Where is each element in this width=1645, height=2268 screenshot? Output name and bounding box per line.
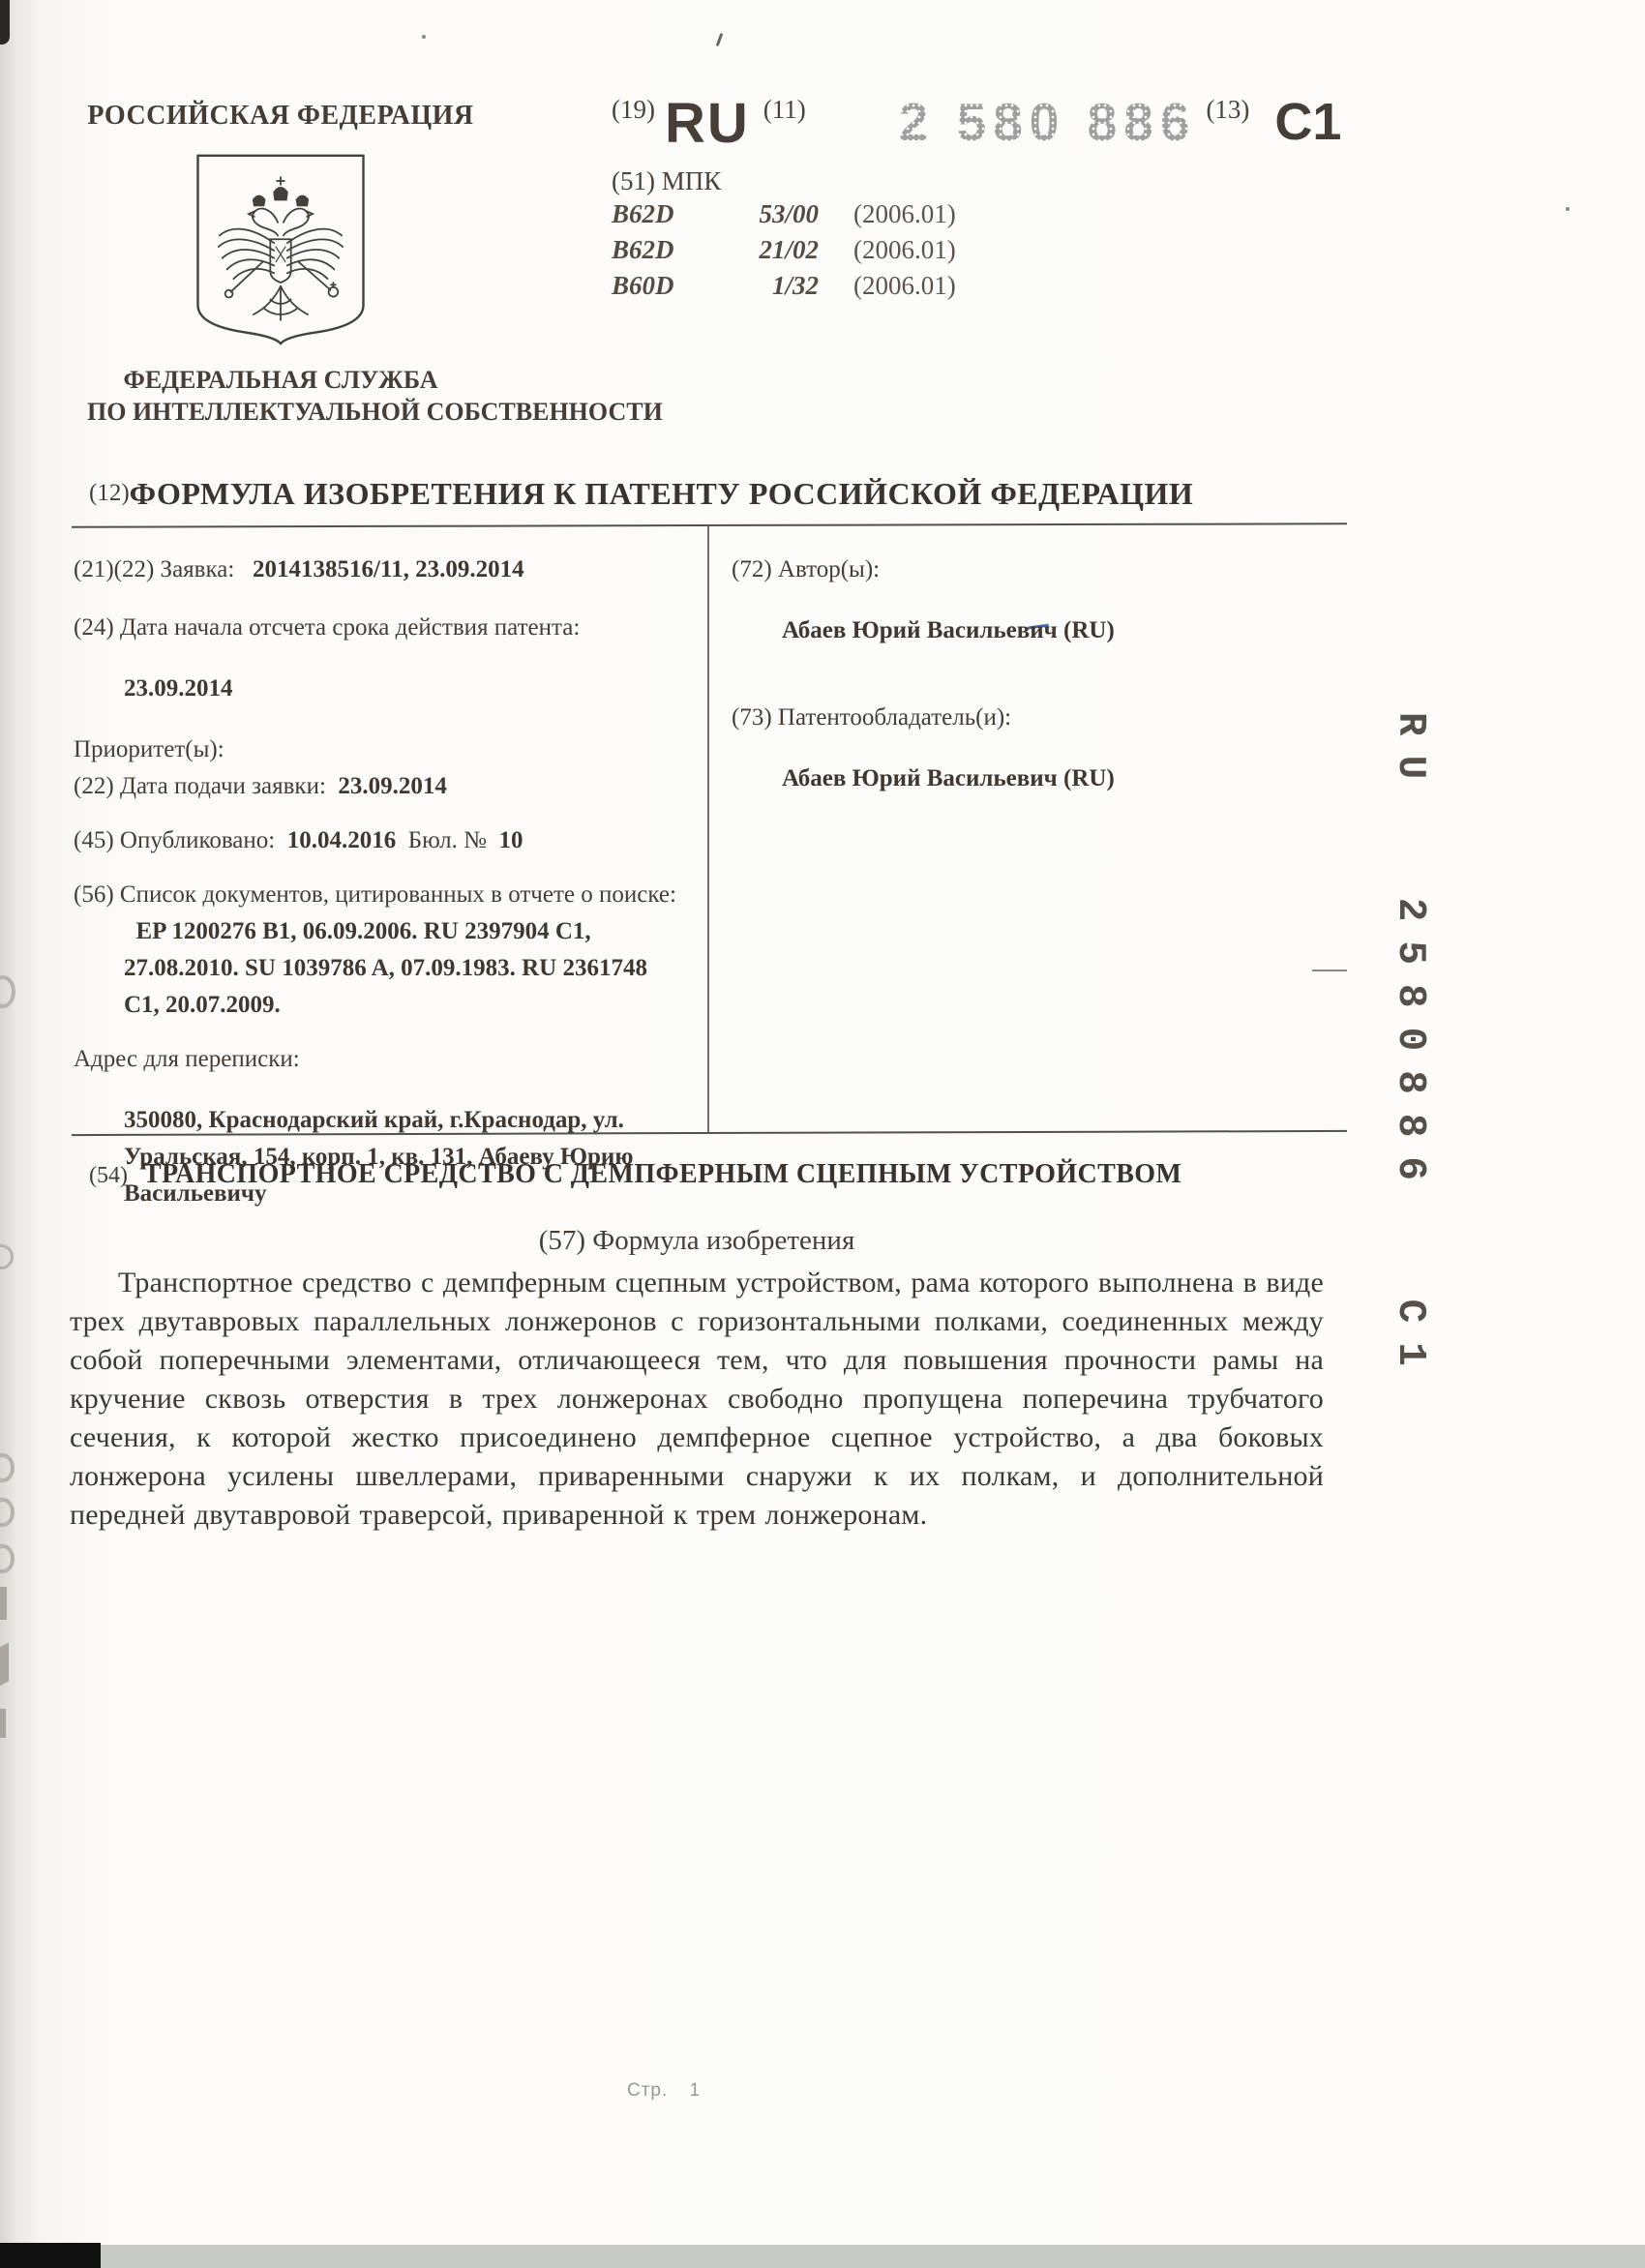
cited-value: EP 1200276 B1, 06.09.2006. RU 2397904 C1…	[124, 918, 647, 1018]
ipc-row: B60D 1/32 (2006.01)	[612, 268, 1328, 304]
ipc-block: (51) МПК B62D 53/00 (2006.01) B62D 21/02…	[612, 166, 1328, 304]
document-kind-heading: (12)ФОРМУЛА ИЗОБРЕТЕНИЯ К ПАТЕНТУ РОССИЙ…	[89, 476, 1347, 512]
left-scan-edge	[0, 0, 45, 2268]
side-vertical-number: RU 2580886 C1	[1388, 712, 1432, 1386]
address-label: Адрес для переписки:	[74, 1041, 683, 1078]
inid-19: (19)	[612, 95, 655, 125]
publication-number: 2 580 886	[899, 97, 1197, 147]
patent-page: РОССИЙСКАЯ ФЕДЕРАЦИЯ	[0, 0, 1645, 2268]
country-name: РОССИЙСКАЯ ФЕДЕРАЦИЯ	[87, 101, 474, 132]
ipc-version: (2006.01)	[853, 268, 956, 304]
stray-dot	[422, 35, 426, 39]
authors-value: Абаев Юрий Васильевич (RU)	[732, 612, 1331, 649]
page-footer: Стр. 1	[627, 2080, 701, 2102]
inid-13: (13)	[1206, 95, 1249, 125]
filing-value: 23.09.2014	[332, 773, 447, 799]
footer-page-number: 1	[690, 2080, 702, 2101]
publication-number-line: (19) RU (11) 2 580 886 (13) C1	[612, 93, 1328, 149]
authority-line2: ПО ИНТЕЛЛЕКТУАЛЬНОЙ СОБСТВЕННОСТИ	[87, 396, 474, 428]
header-left: РОССИЙСКАЯ ФЕДЕРАЦИЯ	[87, 101, 474, 428]
ipc-row: B62D 53/00 (2006.01)	[612, 196, 1328, 232]
country-code: RU	[665, 99, 750, 149]
application-label: (21)(22) Заявка:	[74, 556, 234, 582]
application-row: (21)(22) Заявка: 2014138516/11, 23.09.20…	[74, 552, 683, 588]
holders-label: (73) Патентообладатель(и):	[732, 700, 1331, 736]
biblio-left-column: (21)(22) Заявка: 2014138516/11, 23.09.20…	[74, 526, 683, 1237]
ipc-subclass: 1/32	[712, 268, 819, 304]
ipc-class: B62D	[612, 232, 712, 268]
ipc-row: B62D 21/02 (2006.01)	[612, 232, 1328, 268]
edge-artifact	[0, 1643, 9, 1686]
column-divider	[707, 526, 709, 1132]
address-value: 350080, Краснодарский край, г.Краснодар,…	[74, 1102, 683, 1212]
application-value: 2014138516/11, 23.09.2014	[241, 556, 524, 582]
bottom-left-scan-mark	[0, 2243, 101, 2268]
biblio-right-column: (72) Автор(ы): Абаев Юрий Васильевич (RU…	[732, 526, 1331, 821]
term-start-value: 23.09.2014	[74, 671, 683, 707]
bulletin-value: 10	[493, 827, 523, 853]
claims-heading: (57) Формула изобретения	[194, 1225, 1200, 1257]
published-value: 10.04.2016	[281, 827, 396, 853]
authority-line1: ФЕДЕРАЛЬНАЯ СЛУЖБА	[87, 364, 474, 396]
document-kind-text: ФОРМУЛА ИЗОБРЕТЕНИЯ К ПАТЕНТУ РОССИЙСКОЙ…	[130, 476, 1194, 511]
kind-code: C1	[1274, 97, 1341, 147]
claims-body: Транспортное средство с демпферным сцепн…	[70, 1264, 1324, 1535]
filing-label: (22) Дата подачи заявки:	[74, 773, 326, 799]
priority-label: Приоритет(ы):	[74, 731, 683, 768]
edge-artifact	[0, 1709, 6, 1738]
ipc-class: B62D	[612, 196, 712, 232]
ipc-version: (2006.01)	[853, 196, 956, 232]
invention-title: ТРАНСПОРТНОЕ СРЕДСТВО С ДЕМПФЕРНЫМ СЦЕПН…	[143, 1159, 1181, 1189]
stray-tick-artifact	[716, 33, 724, 46]
ipc-version: (2006.01)	[853, 232, 956, 268]
bottom-scan-edge	[0, 2245, 1645, 2268]
cited-documents-row: (56) Список документов, цитированных в о…	[74, 877, 683, 1024]
footer-label: Стр.	[627, 2080, 668, 2101]
bulletin-label: Бюл. №	[402, 827, 487, 853]
term-start-label: (24) Дата начала отсчета срока действия …	[74, 610, 683, 646]
cited-label: (56) Список документов, цитированных в о…	[74, 881, 676, 908]
ipc-subclass: 21/02	[712, 232, 819, 268]
inid-11: (11)	[763, 95, 806, 125]
published-row: (45) Опубликовано: 10.04.2016 Бюл. № 10	[74, 822, 683, 859]
ipc-subclass: 53/00	[712, 196, 819, 232]
bibliographic-block: (21)(22) Заявка: 2014138516/11, 23.09.20…	[72, 526, 1347, 1132]
edge-artifact	[0, 1587, 7, 1620]
header-right: (19) RU (11) 2 580 886 (13) C1 (51) МПК …	[612, 93, 1328, 304]
authors-label: (72) Автор(ы):	[732, 552, 1331, 588]
invention-title-row: (54)ТРАНСПОРТНОЕ СРЕДСТВО С ДЕМПФЕРНЫМ С…	[89, 1159, 1347, 1190]
top-left-scan-mark	[0, 0, 10, 45]
ipc-heading: (51) МПК	[612, 166, 1328, 196]
published-label: (45) Опубликовано:	[74, 827, 275, 853]
holders-value: Абаев Юрий Васильевич (RU)	[732, 761, 1331, 797]
authority-name: ФЕДЕРАЛЬНАЯ СЛУЖБА ПО ИНТЕЛЛЕКТУАЛЬНОЙ С…	[87, 364, 474, 428]
inid-54: (54)	[89, 1163, 128, 1188]
filing-row: (22) Дата подачи заявки: 23.09.2014	[74, 768, 683, 805]
stray-dot	[1566, 207, 1570, 211]
coat-of-arms-icon	[191, 149, 371, 348]
inid-12: (12)	[89, 480, 130, 506]
ipc-class: B60D	[612, 268, 712, 304]
